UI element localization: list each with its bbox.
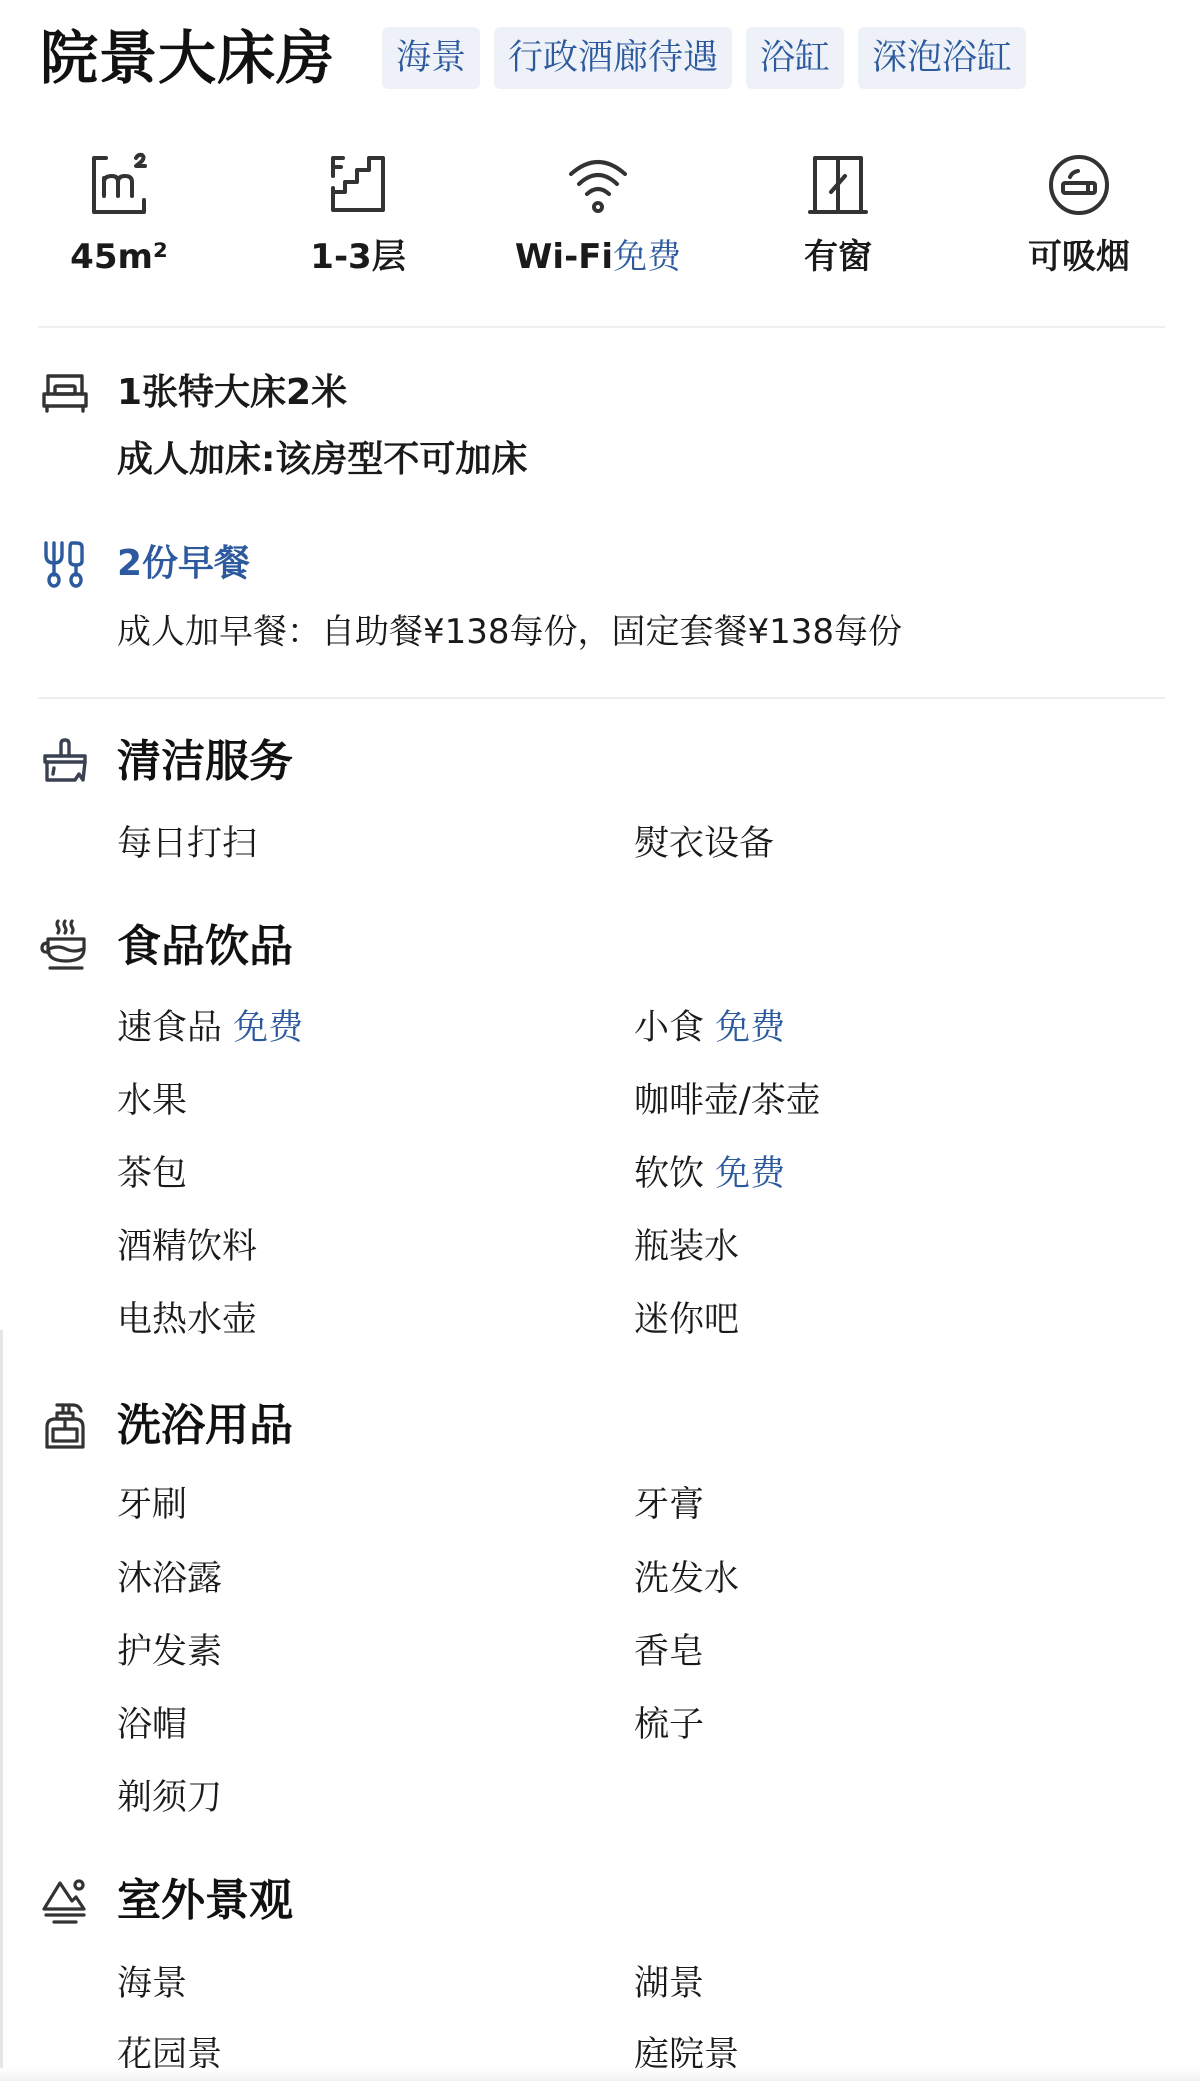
wifi-icon [488,150,708,220]
list-item: 熨衣设备 [634,821,774,867]
facility-wifi: Wi-Fi免费 [488,150,708,278]
facility-area: 45m² [9,150,229,278]
list-item: 洗发水 [634,1556,739,1602]
list-item: 护发素 [117,1629,222,1675]
divider [38,326,1165,328]
extra-bed-policy: 成人加床:该房型不可加床 [117,437,527,483]
list-item: 海景 [117,1961,187,2007]
list-item: 牙刷 [117,1482,187,1528]
list-item: 瓶装水 [634,1224,739,1270]
room-tags: 海景 行政酒廊待遇 浴缸 深泡浴缸 [382,27,1026,89]
breakfast-detail: 成人加早餐：自助餐¥138每份，固定套餐¥138每份 [117,609,902,655]
list-item: 梳子 [634,1702,704,1748]
list-item: 软饮 免费 [634,1151,785,1197]
bed-icon [38,366,92,420]
bed-type: 1张特大床2米 [117,370,347,416]
list-item: 香皂 [634,1629,704,1675]
divider [38,697,1165,699]
list-item: 牙膏 [634,1482,704,1528]
section-heading-food: 食品饮品 [117,919,293,975]
landscape-icon [38,1875,92,1929]
free-badge: 免费 [233,1008,303,1048]
list-item: 水果 [117,1078,187,1124]
wifi-free-label: 免费 [613,237,681,277]
facility-floors: 1-3层 [248,150,468,278]
facility-smoking-label: 可吸烟 [969,236,1189,278]
facility-floors-label: 1-3层 [248,236,468,278]
list-item: 咖啡壶/茶壶 [634,1078,821,1124]
facility-window: 有窗 [728,150,948,278]
tag-executive-lounge: 行政酒廊待遇 [494,27,732,89]
window-icon [728,150,948,220]
free-badge: 免费 [715,1154,785,1194]
list-item: 迷你吧 [634,1297,739,1343]
room-title: 院景大床房 [40,22,335,94]
list-item: 湖景 [634,1961,704,2007]
list-item: 小食 免费 [634,1005,785,1051]
facility-wifi-label: Wi-Fi免费 [488,236,708,278]
tag-sea-view: 海景 [382,27,480,89]
list-item: 电热水壶 [117,1297,257,1343]
facility-window-label: 有窗 [728,236,948,278]
list-item: 速食品 免费 [117,1005,303,1051]
facility-smoking: 可吸烟 [969,150,1189,278]
facility-area-label: 45m² [9,236,229,278]
stairs-icon [248,150,468,220]
section-heading-toiletries: 洗浴用品 [117,1398,293,1454]
tag-deep-bathtub: 深泡浴缸 [858,27,1026,89]
broom-icon [38,735,92,789]
tag-bathtub: 浴缸 [746,27,844,89]
list-item: 剃须刀 [117,1775,222,1821]
list-item: 沐浴露 [117,1556,222,1602]
section-heading-cleaning: 清洁服务 [117,734,293,790]
left-edge-shadow [0,1330,3,2081]
breakfast-title: 2份早餐 [117,541,250,587]
section-heading-outdoor-view: 室外景观 [117,1873,293,1929]
bottom-fade [0,2068,1200,2081]
list-item: 浴帽 [117,1702,187,1748]
smoking-icon [969,150,1189,220]
area-icon [9,150,229,220]
cutlery-icon [38,537,92,591]
soap-dispenser-icon [38,1399,92,1453]
list-item: 茶包 [117,1151,187,1197]
list-item: 酒精饮料 [117,1224,257,1270]
list-item: 每日打扫 [117,821,257,867]
free-badge: 免费 [715,1008,785,1048]
hot-drink-icon [38,918,92,972]
facility-row: 45m² 1-3层 Wi-Fi免费 [0,150,1200,290]
